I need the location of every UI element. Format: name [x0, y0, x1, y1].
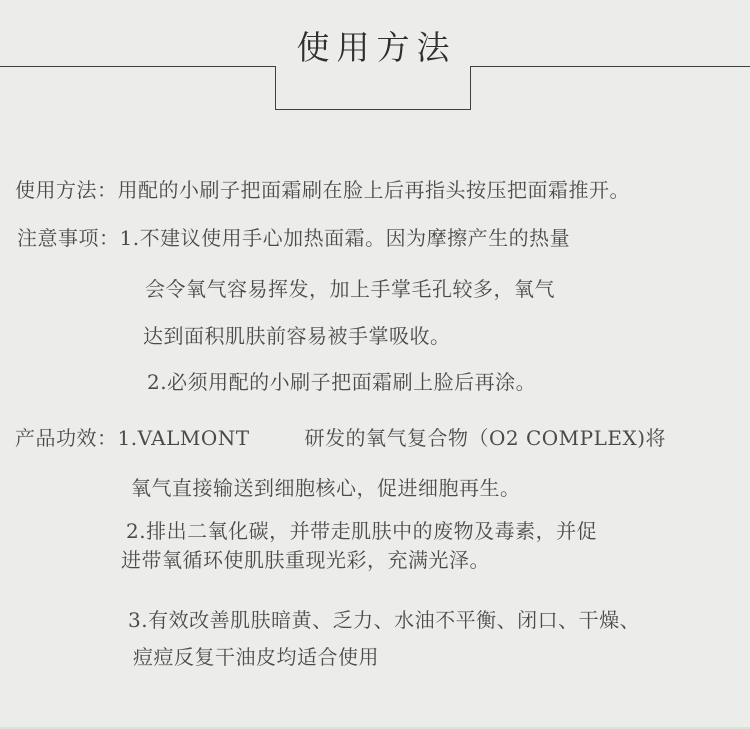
title-notch-box — [275, 66, 471, 110]
banner-rule-right — [471, 66, 750, 67]
product-effects-line-4: 进带氧循环使肌肤重现光彩，充满光泽。 — [121, 548, 490, 572]
usage-method-line: 使用方法：用配的小刷子把面霜刷在脸上后再指头按压把面霜推开。 — [15, 178, 630, 202]
precautions-line-4: 2.必须用配的小刷子把面霜刷上脸后再涂。 — [147, 370, 536, 394]
product-effects-line-5: 3.有效改善肌肤暗黄、乏力、水油不平衡、闭口、干燥、 — [128, 608, 640, 632]
product-effects-line-6: 痘痘反复干油皮均适合使用 — [133, 645, 379, 669]
banner-rule-left — [0, 66, 276, 67]
product-effects-line-1: 产品功效：1.VALMONT 研发的氧气复合物（O2 COMPLEX)将 — [15, 426, 666, 450]
precautions-line-1: 注意事项：1.不建议使用手心加热面霜。因为摩擦产生的热量 — [17, 226, 570, 250]
precautions-line-3: 达到面积肌肤前容易被手掌吸收。 — [143, 324, 451, 348]
product-effects-line-2: 氧气直接输送到细胞核心，促进细胞再生。 — [131, 476, 521, 500]
page-title: 使用方法 — [275, 28, 471, 68]
product-description-page: 使用方法 使用方法：用配的小刷子把面霜刷在脸上后再指头按压把面霜推开。 注意事项… — [0, 0, 750, 729]
product-effects-line-3: 2.排出二氧化碳，并带走肌肤中的废物及毒素，并促 — [126, 519, 597, 543]
precautions-line-2: 会令氧气容易挥发，加上手掌毛孔较多，氧气 — [145, 277, 555, 301]
